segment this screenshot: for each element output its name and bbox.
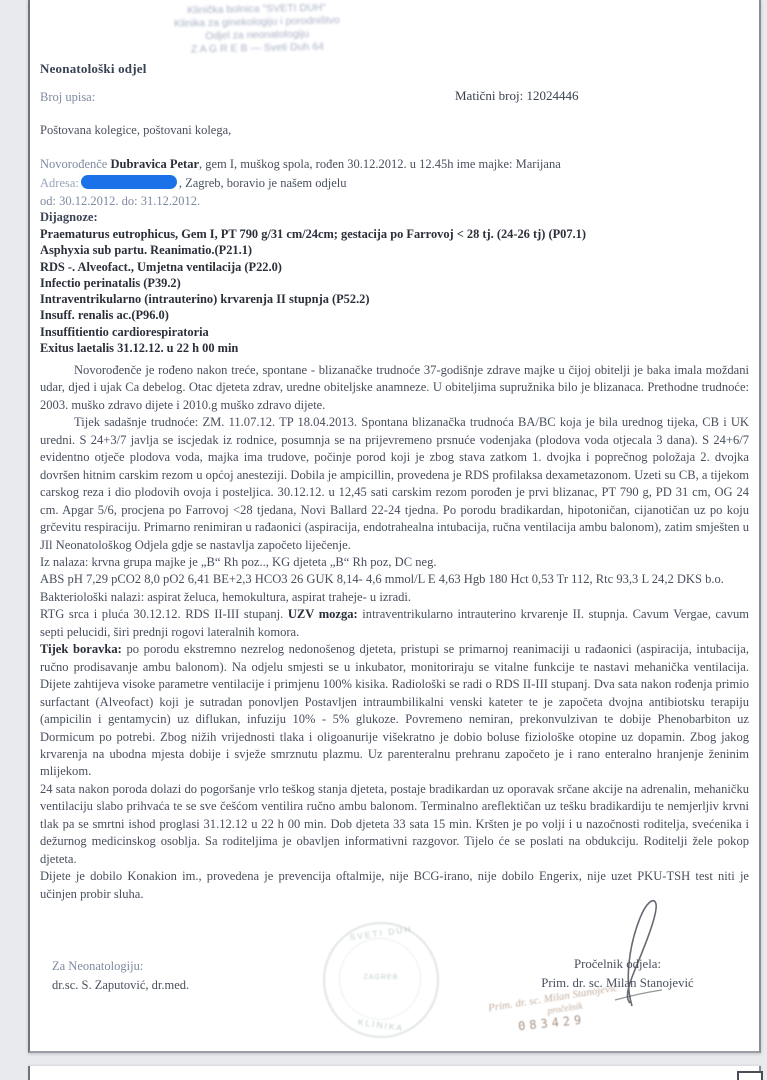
diagnosis-line: Insuffitientio cardiorespiratoria	[40, 324, 752, 340]
narrative-paragraph: RTG srca i pluća 30.12.12. RDS II-III st…	[40, 606, 749, 641]
address-rest: , Zagreb, boravio je našem odjelu	[179, 176, 347, 190]
maticni-broj-value: Matični broj: 12024446	[455, 88, 579, 104]
diagnosis-line-segment: Insuff. renalis ac.(P96.0)	[40, 308, 169, 322]
letterhead-line-segment: Klinika za ginekologiju i porodništvo	[174, 14, 340, 29]
document-page-1: Klinička bolnica "SVETI DUH"Klinika za g…	[28, 0, 761, 1053]
address-line: Adresa:, Zagreb, boravio je našem odjelu	[40, 174, 750, 193]
patient-prefix: Novorođenče	[40, 157, 110, 171]
narrative-paragraph-segment: Tijek sadašnje trudnoće: ZM. 11.07.12. T…	[40, 415, 749, 551]
diagnosis-line: RDS -. Alveofact., Umjetna ventilacija (…	[40, 259, 752, 275]
narrative-paragraph-segment: po porodu ekstremno nezrelog nedonošenog…	[40, 642, 749, 778]
signature-block-left: Za Neonatologiju:dr.sc. S. Zaputović, dr…	[52, 957, 189, 995]
broj-upisa-label: Broj upisa:	[40, 90, 95, 104]
signature-left-line-segment: Za Neonatologiju:	[52, 959, 143, 973]
signature-left-line: Za Neonatologiju:	[52, 957, 189, 976]
letterhead-line-segment: Z A G R E B — Sveti Duh 64	[191, 41, 324, 56]
narrative-paragraph-segment: UZV mozga:	[288, 607, 358, 621]
diagnosis-line: Praematurus eutrophicus, Gem I, PT 790 g…	[40, 226, 752, 242]
narrative-paragraph: Tijek sadašnje trudnoće: ZM. 11.07.12. T…	[40, 414, 749, 554]
patient-line: Novorođenče Dubravica Petar, gem I, mušk…	[40, 155, 750, 174]
stay-dates-line: od: 30.12.2012. do: 31.12.2012.	[40, 192, 750, 211]
diagnosis-line: Infectio perinatalis (P39.2)	[40, 275, 752, 291]
diagnosis-line-segment: Exitus laetalis 31.12.12. u 22 h 00 min	[40, 341, 238, 355]
patient-info-block: Novorođenče Dubravica Petar, gem I, mušk…	[40, 155, 750, 211]
narrative-paragraph: Novorođenče je rođeno nakon treće, spont…	[40, 362, 749, 414]
salutation: Poštovana kolegice, poštovani kolega,	[40, 123, 231, 138]
diagnosis-line: Insuff. renalis ac.(P96.0)	[40, 307, 752, 323]
signature-left-line-segment: dr.sc. S. Zaputović, dr.med.	[52, 978, 189, 992]
document-page-2-edge	[28, 1066, 761, 1080]
address-label: Adresa:	[40, 176, 79, 190]
diagnoses-heading: Dijagnoze:	[40, 210, 98, 225]
diagnosis-line-segment: Asphyxia sub partu. Reanimatio.(P21.1)	[40, 243, 252, 257]
diagnosis-line-segment: Infectio perinatalis (P39.2)	[40, 276, 181, 290]
diagnosis-line-segment: Intraventrikularno (intrauterino) krvare…	[40, 292, 370, 306]
diagnosis-line-segment: RDS -. Alveofact., Umjetna ventilacija (…	[40, 260, 282, 274]
address-redaction-box	[81, 175, 177, 189]
diagnosis-line-segment: Praematurus eutrophicus, Gem I, PT 790 g…	[40, 227, 586, 241]
diagnosis-line: Asphyxia sub partu. Reanimatio.(P21.1)	[40, 242, 752, 258]
narrative-paragraph-segment: RTG srca i pluća 30.12.12. RDS II-III st…	[40, 607, 288, 621]
hospital-letterhead-stamp: Klinička bolnica "SVETI DUH"Klinika za g…	[141, 1, 372, 58]
clinical-narrative: Novorođenče je rođeno nakon treće, spont…	[40, 362, 749, 903]
department-title: Neonatološki odjel	[40, 61, 147, 77]
patient-rest: , gem I, muškog spola, rođen 30.12.2012.…	[199, 157, 561, 171]
narrative-paragraph-segment: ABS pH 7,29 pCO2 8,0 pO2 6,41 BE+2,3 HCO…	[40, 572, 724, 586]
signature-left-line: dr.sc. S. Zaputović, dr.med.	[52, 976, 189, 995]
narrative-paragraph: Bakteriološki nalazi: aspirat želuca, he…	[40, 589, 749, 606]
narrative-paragraph-segment: Iz nalaza: krvna grupa majke je „B“ Rh p…	[40, 555, 436, 569]
narrative-paragraph: ABS pH 7,29 pCO2 8,0 pO2 6,41 BE+2,3 HCO…	[40, 571, 749, 588]
narrative-paragraph: Iz nalaza: krvna grupa majke je „B“ Rh p…	[40, 554, 749, 571]
round-stamp-arc-mid: ZAGREB	[325, 974, 437, 981]
narrative-paragraph-segment: Novorođenče je rođeno nakon treće, spont…	[40, 363, 749, 412]
diagnosis-line: Exitus laetalis 31.12.12. u 22 h 00 min	[40, 340, 752, 356]
diagnosis-line-segment: Insuffitientio cardiorespiratoria	[40, 325, 209, 339]
narrative-paragraph: 24 sata nakon poroda dolazi do pogoršanj…	[40, 781, 749, 868]
narrative-paragraph: Tijek boravka: po porodu ekstremno nezre…	[40, 641, 749, 781]
narrative-paragraph-segment: Tijek boravka:	[40, 642, 122, 656]
diagnoses-list: Praematurus eutrophicus, Gem I, PT 790 g…	[40, 226, 752, 356]
diagnosis-line: Intraventrikularno (intrauterino) krvare…	[40, 291, 752, 307]
patient-name: Dubravica Petar	[110, 157, 199, 171]
page2-box-outline	[737, 1071, 763, 1080]
narrative-paragraph-segment: 24 sata nakon poroda dolazi do pogoršanj…	[40, 782, 749, 866]
hospital-round-stamp: SVETI DUH ZAGREB KLINIKA	[323, 922, 439, 1038]
narrative-paragraph-segment: Bakteriološki nalazi: aspirat želuca, he…	[40, 590, 411, 604]
letterhead-line-segment: Odjel za neonatologiju	[205, 28, 309, 42]
registry-row: Broj upisa: Matični broj: 12024446	[40, 90, 745, 105]
